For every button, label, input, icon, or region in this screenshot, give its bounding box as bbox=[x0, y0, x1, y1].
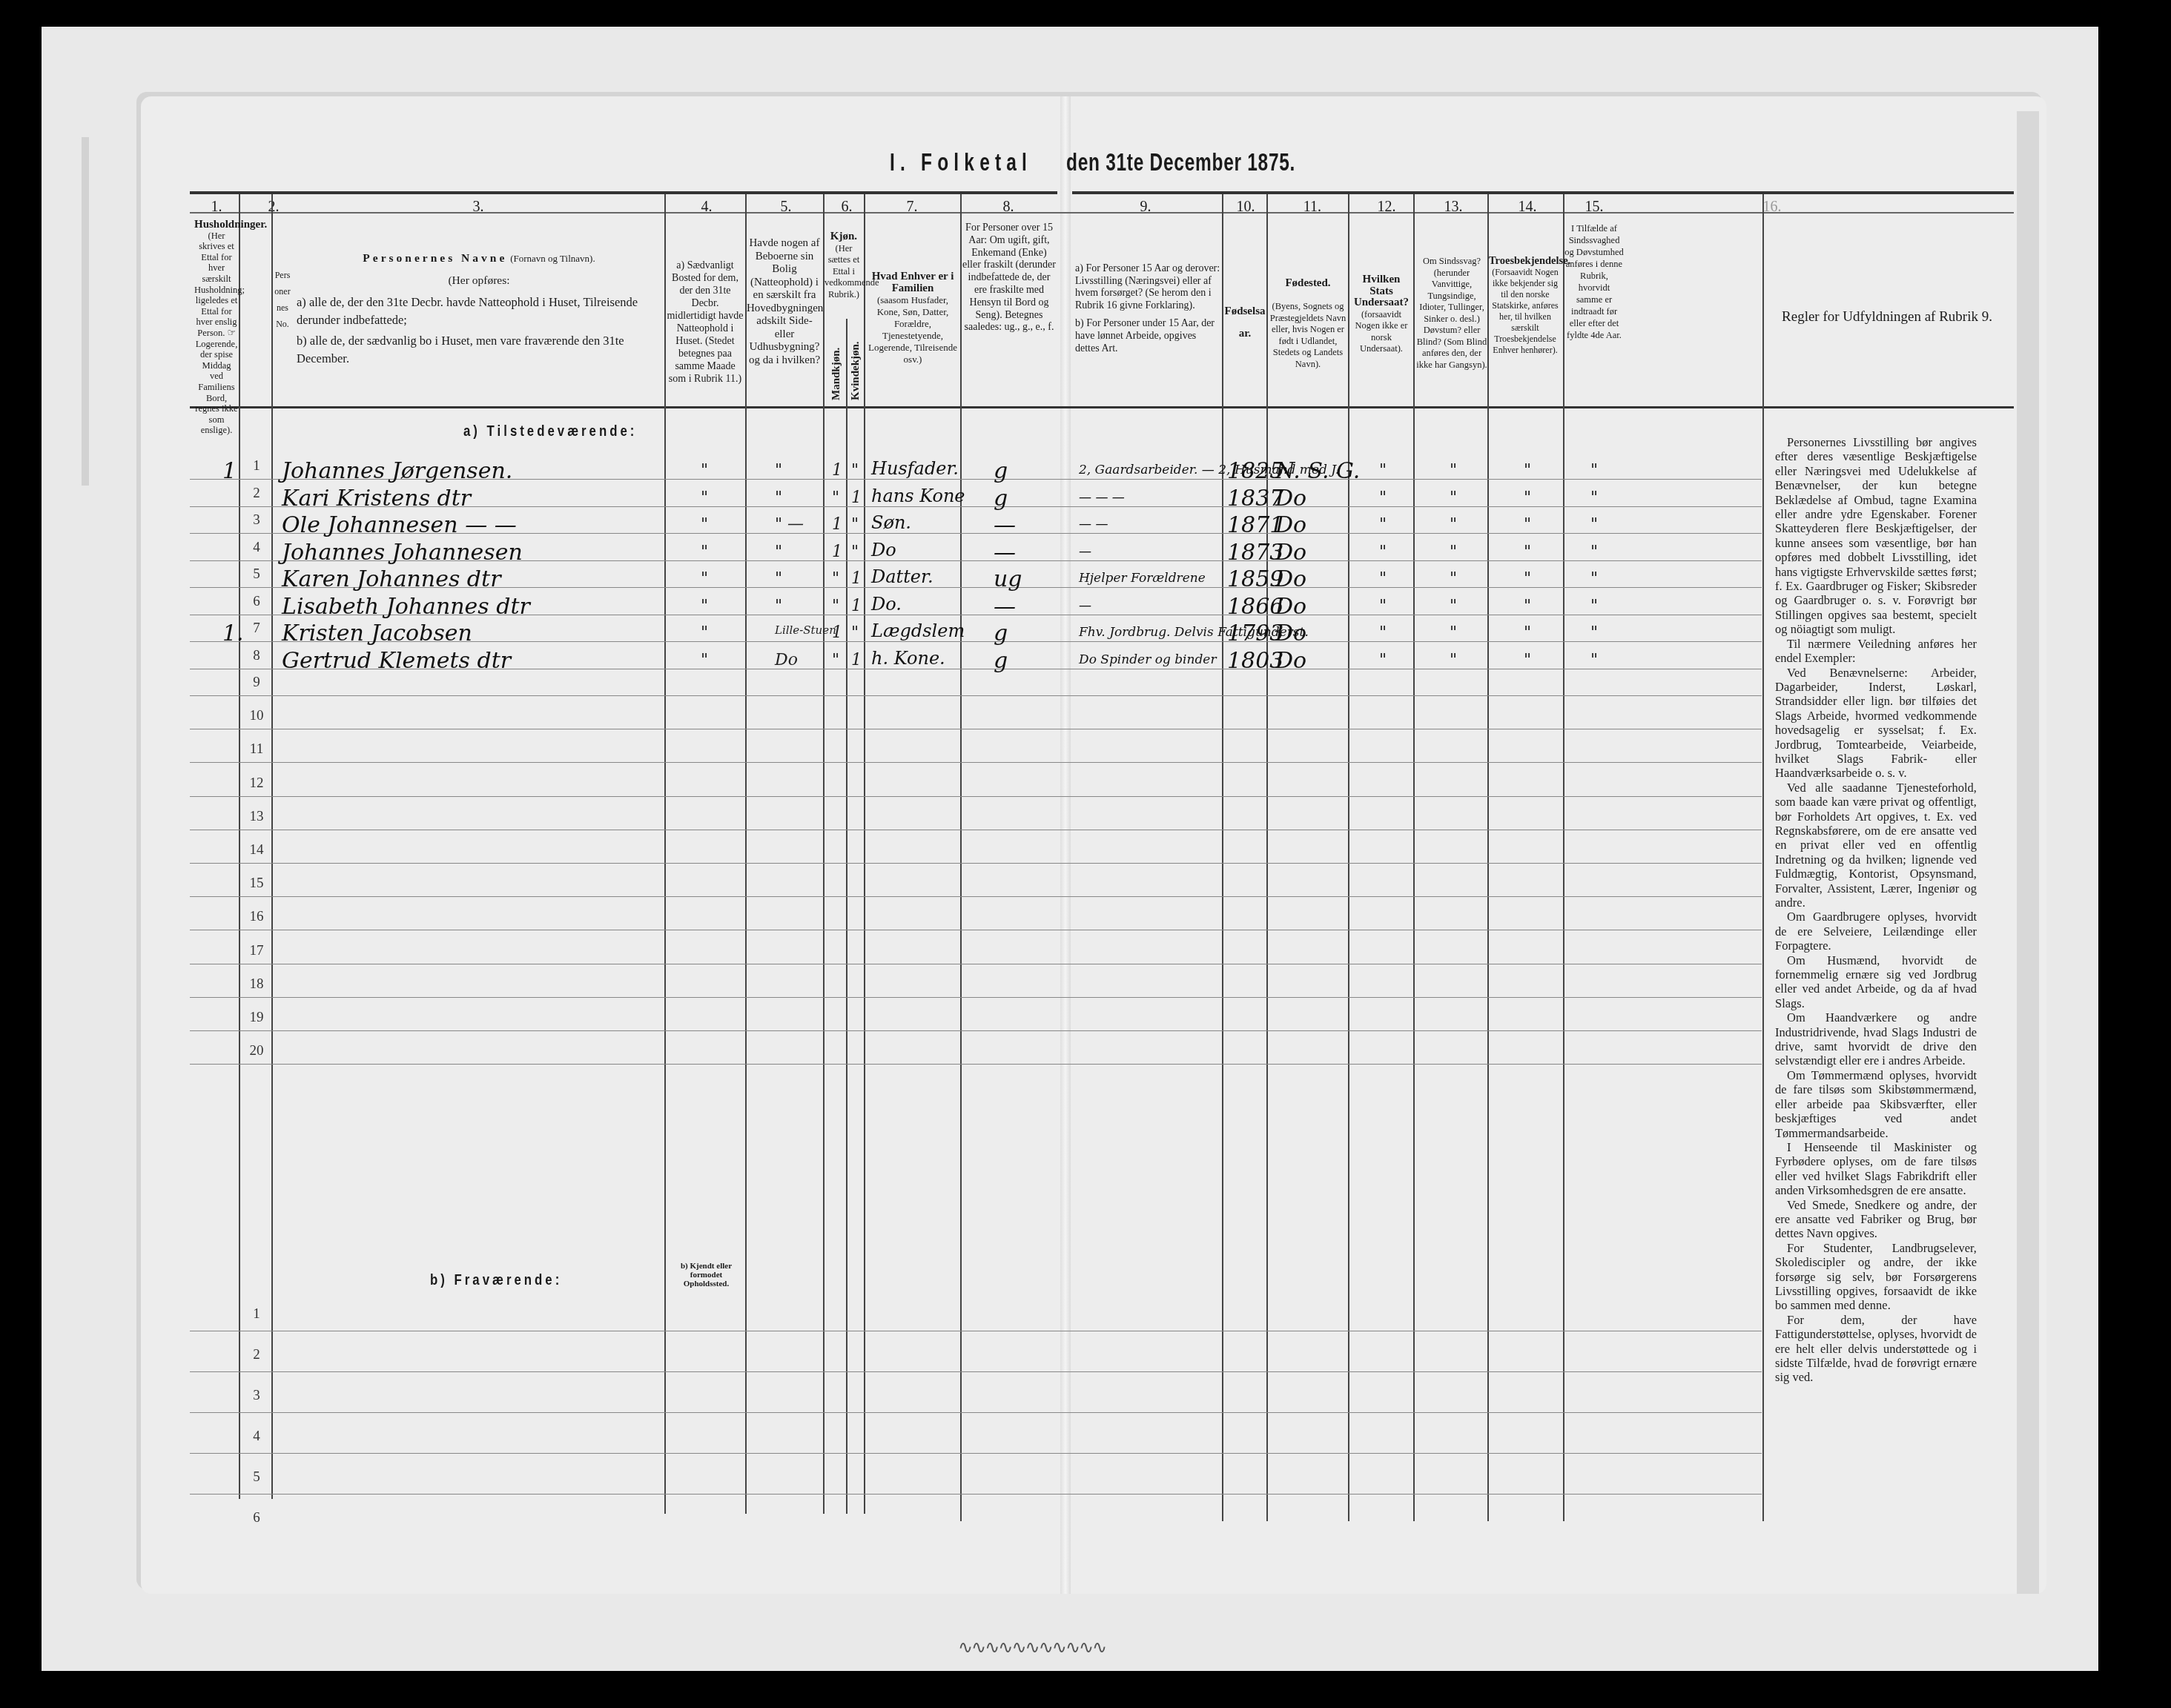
present-row-rule bbox=[190, 695, 1762, 696]
colnum-10: 10. bbox=[1223, 199, 1268, 216]
col12-value: " bbox=[1379, 489, 1387, 507]
family-role: Lægdslem bbox=[871, 620, 965, 641]
col15-value: " bbox=[1590, 623, 1598, 642]
col9-header-a: a) For Personer 15 Aar og derover: Livss… bbox=[1075, 263, 1220, 312]
col4-value: " bbox=[701, 597, 708, 615]
present-row-number: 2 bbox=[242, 486, 271, 502]
absent-row-number: 5 bbox=[242, 1469, 271, 1486]
female-mark: " bbox=[851, 543, 859, 561]
birthplace: Do bbox=[1275, 512, 1306, 538]
male-mark: " bbox=[832, 489, 839, 507]
present-row-number: 1 bbox=[242, 458, 271, 474]
vline-10 bbox=[1266, 194, 1268, 1521]
col13-value: " bbox=[1450, 543, 1457, 561]
rubrik16-paragraph: Om Tømmermænd oplyses, hvorvidt de fare … bbox=[1775, 1068, 1977, 1140]
female-mark: " bbox=[851, 623, 859, 642]
col12-header-title: Hvilken Stats Undersaat? bbox=[1354, 274, 1409, 308]
col4-value: " bbox=[701, 543, 708, 561]
col15-value: " bbox=[1590, 461, 1598, 480]
col15-value: " bbox=[1590, 651, 1598, 669]
family-role: Do. bbox=[871, 594, 902, 615]
occupation: — bbox=[1079, 544, 1091, 559]
person-name: Johannes Jørgensen. bbox=[282, 458, 512, 484]
male-mark: " bbox=[832, 651, 839, 669]
present-section-label: a) Tilstedeværende: bbox=[463, 423, 637, 440]
present-row-number: 12 bbox=[242, 775, 271, 792]
col4-value: " bbox=[701, 651, 708, 669]
birthplace: Do bbox=[1275, 594, 1306, 620]
occupation: Hjelper Forældrene bbox=[1079, 571, 1206, 586]
rubrik16-paragraph: For dem, der have Fattigunderstøttelse, … bbox=[1775, 1313, 1977, 1385]
present-row-number: 14 bbox=[242, 842, 271, 858]
absent-row-number: 4 bbox=[242, 1429, 271, 1445]
birthplace: Do bbox=[1275, 486, 1306, 512]
form-title-right: den 31te December 1875. bbox=[1066, 148, 1295, 177]
col14-value: " bbox=[1524, 543, 1531, 561]
occupation: Do Spinder og binder bbox=[1079, 652, 1217, 667]
col14-header: Om Sindssvag? (herunder Vanvittige, Tung… bbox=[1416, 256, 1487, 371]
absent-row-rule bbox=[190, 1331, 1762, 1331]
col3-header: Personernes Navne (Fornavn og Tilnavn). … bbox=[297, 252, 661, 368]
col12-value: " bbox=[1379, 461, 1387, 480]
vline-14 bbox=[1563, 194, 1564, 1521]
rubrik16-paragraph: Om Husmænd, hvorvidt de fornemmelig ernæ… bbox=[1775, 953, 1977, 1011]
header-bottom-rule bbox=[190, 406, 2014, 408]
col12-value: " bbox=[1379, 651, 1387, 669]
colnum-12: 12. bbox=[1357, 199, 1416, 216]
person-name: Gertrud Klemets dtr bbox=[282, 648, 511, 674]
col3-header-b: b) alle de, der sædvanlig bo i Huset, me… bbox=[297, 332, 661, 368]
vline-13 bbox=[1487, 194, 1489, 1521]
marital-status: — bbox=[994, 540, 1016, 566]
col3-header-a: a) alle de, der den 31te Decbr. havde Na… bbox=[297, 294, 661, 329]
col13-value: " bbox=[1450, 651, 1457, 669]
vline-2 bbox=[271, 194, 273, 1499]
present-row-rule bbox=[190, 863, 1762, 864]
top-rule-left bbox=[190, 191, 1057, 194]
birthplace: Do bbox=[1275, 648, 1306, 674]
present-row-number: 4 bbox=[242, 540, 271, 556]
col5-value: Do bbox=[775, 651, 798, 669]
col12-header: Hvilken Stats Undersaat? (forsaavidt Nog… bbox=[1349, 274, 1413, 355]
present-row-number: 6 bbox=[242, 594, 271, 610]
col13-value: " bbox=[1450, 461, 1457, 480]
colnum-5: 5. bbox=[749, 199, 823, 216]
marital-status: g bbox=[994, 486, 1008, 512]
colnum-3: 3. bbox=[285, 199, 671, 216]
marital-status: ug bbox=[994, 566, 1022, 592]
col5-value: Lille-Stuen bbox=[775, 623, 836, 637]
col8-header: For Personer over 15 Aar: Om ugift, gift… bbox=[962, 222, 1057, 334]
col4-value: " bbox=[701, 461, 708, 480]
marital-status: — bbox=[994, 512, 1016, 538]
col4-value: " bbox=[701, 569, 708, 588]
present-row-number: 16 bbox=[242, 909, 271, 925]
col6-header: Kjøn. (Her sættes et Ettal i vedkommende… bbox=[825, 231, 863, 300]
form-title-left: I. Folketal bbox=[890, 148, 1032, 177]
colnum-1: 1. bbox=[194, 199, 239, 216]
present-row-number: 10 bbox=[242, 708, 271, 724]
female-mark: 1 bbox=[851, 569, 862, 588]
col14-value: " bbox=[1524, 623, 1531, 642]
person-name: Ole Johannesen — — bbox=[282, 512, 517, 538]
page-fold bbox=[1060, 96, 1071, 1594]
female-mark: " bbox=[851, 461, 859, 480]
paper-edge-shadow bbox=[82, 137, 89, 486]
col5-value: " bbox=[775, 597, 782, 615]
vline-4 bbox=[745, 194, 747, 1514]
col14-value: " bbox=[1524, 569, 1531, 588]
col13-header-text: (Forsaavidt Nogen ikke bekjender sig til… bbox=[1492, 267, 1559, 355]
col12-value: " bbox=[1379, 623, 1387, 642]
absent-row-number: 1 bbox=[242, 1306, 271, 1323]
marital-status: — bbox=[994, 594, 1016, 620]
col13-value: " bbox=[1450, 515, 1457, 534]
col14-value: " bbox=[1524, 651, 1531, 669]
col15-value: " bbox=[1590, 543, 1598, 561]
col6-female-label: Kvindekjøn. bbox=[850, 330, 862, 400]
family-role: Søn. bbox=[871, 512, 911, 533]
person-name: Kari Kristens dtr bbox=[282, 486, 471, 512]
birthplace: Do bbox=[1275, 540, 1306, 566]
col12-value: " bbox=[1379, 569, 1387, 588]
colnum-7: 7. bbox=[864, 199, 960, 216]
col15-value: " bbox=[1590, 569, 1598, 588]
vline-5 bbox=[823, 194, 825, 1514]
col6-header-title: Kjøn. bbox=[830, 231, 857, 242]
col1-header-title: Husholdninger. bbox=[194, 219, 267, 231]
col12-header-text: (forsaavidt Nogen ikke er norsk Undersaa… bbox=[1355, 309, 1408, 354]
rubrik16-paragraph: Om Gaardbrugere oplyses, hvorvidt de ere… bbox=[1775, 910, 1977, 953]
absent-row-rule bbox=[190, 1412, 1762, 1413]
vline-9 bbox=[1222, 194, 1223, 1521]
rubrik16-paragraph: For Studenter, Landbrugselever, Skoledis… bbox=[1775, 1241, 1977, 1313]
rubrik16-paragraph: Ved Benævnelserne: Arbeider, Dagarbeider… bbox=[1775, 666, 1977, 781]
col11-header: Fødested. (Byens, Sognets og Præstegjeld… bbox=[1268, 278, 1348, 370]
absent-row-number: 3 bbox=[242, 1388, 271, 1404]
person-name: Kristen Jacobsen bbox=[282, 620, 472, 646]
col14-value: " bbox=[1524, 597, 1531, 615]
vline-6 bbox=[864, 194, 865, 1514]
col3-header-sub: (Fornavn og Tilnavn). bbox=[510, 253, 595, 264]
absent-row-rule bbox=[190, 1453, 1762, 1454]
family-role: Husfader. bbox=[871, 458, 959, 479]
absent-row-rule bbox=[190, 1494, 1762, 1494]
col2-header: Personernes No. bbox=[273, 267, 292, 332]
col13-value: " bbox=[1450, 597, 1457, 615]
person-name: Karen Johannes dtr bbox=[282, 566, 500, 592]
present-row-rule bbox=[190, 729, 1762, 729]
female-mark: 1 bbox=[851, 597, 862, 615]
col1-header: Husholdninger. (Her skrives et Ettal for… bbox=[194, 219, 239, 436]
colnum-8: 8. bbox=[960, 199, 1057, 216]
rubrik16-rules-text: Personernes Livsstilling bør angives eft… bbox=[1775, 435, 1977, 1385]
vline-15 bbox=[1762, 194, 1764, 1521]
col12-value: " bbox=[1379, 515, 1387, 534]
rubrik16-paragraph: Om Haandværkere og andre Industridrivend… bbox=[1775, 1010, 1977, 1068]
rubrik16-paragraph: Til nærmere Veiledning anføres her endel… bbox=[1775, 637, 1977, 666]
col9-header: a) For Personer 15 Aar og derover: Livss… bbox=[1075, 263, 1220, 355]
col13-value: " bbox=[1450, 569, 1457, 588]
col5-value: " bbox=[775, 489, 782, 507]
present-row-rule bbox=[190, 896, 1762, 897]
male-mark: " bbox=[832, 569, 839, 588]
col12-value: " bbox=[1379, 543, 1387, 561]
present-row-number: 8 bbox=[242, 648, 271, 664]
colnum-14: 14. bbox=[1490, 199, 1564, 216]
col3-header-title: Personernes Navne bbox=[363, 252, 507, 265]
rubrik16-paragraph: Ved alle saadanne Tjenesteforhold, som b… bbox=[1775, 781, 1977, 910]
rubrik16-paragraph: Personernes Livsstilling bør angives eft… bbox=[1775, 435, 1977, 637]
present-row-rule bbox=[190, 830, 1762, 830]
absent-section-label: b) Fraværende: bbox=[430, 1271, 562, 1289]
page-edge-band bbox=[2017, 111, 2039, 1594]
present-row-number: 9 bbox=[242, 675, 271, 691]
present-row-rule bbox=[190, 796, 1762, 797]
household-mark: 1. bbox=[222, 620, 244, 646]
present-row-number: 7 bbox=[242, 620, 271, 637]
male-mark: 1 bbox=[832, 623, 842, 642]
col13-value: " bbox=[1450, 489, 1457, 507]
present-row-number: 3 bbox=[242, 512, 271, 529]
col9-header-b: b) For Personer under 15 Aar, der have l… bbox=[1075, 318, 1220, 355]
female-mark: " bbox=[851, 515, 859, 534]
colnum-11: 11. bbox=[1268, 199, 1357, 216]
colnum-16: 16. bbox=[1631, 199, 1913, 216]
col13-header-title: Troesbekjendelse. bbox=[1489, 255, 1570, 267]
colnum-9: 9. bbox=[1068, 199, 1223, 216]
male-mark: 1 bbox=[832, 515, 842, 534]
marital-status: g bbox=[994, 458, 1008, 484]
marital-status: g bbox=[994, 648, 1008, 674]
occupation: — bbox=[1079, 598, 1091, 613]
absent-row-number: 6 bbox=[242, 1510, 271, 1526]
present-row-rule bbox=[190, 964, 1762, 964]
col11-header-text: (Byens, Sognets og Præstegjeldets Navn e… bbox=[1270, 301, 1346, 369]
present-row-rule bbox=[190, 762, 1762, 763]
col6-male-label: Mandkjøn. bbox=[830, 330, 843, 400]
col7-header-text: (saasom Husfader, Kone, Søn, Datter, For… bbox=[868, 294, 957, 365]
col5-header: Havde nogen af Beboerne sin Bolig (Natte… bbox=[747, 237, 822, 367]
male-mark: 1 bbox=[832, 543, 842, 561]
col15-value: " bbox=[1590, 597, 1598, 615]
col4-value: " bbox=[701, 623, 708, 642]
col5-value: " — bbox=[775, 515, 804, 534]
col5-value: " bbox=[775, 461, 782, 480]
present-row-rule bbox=[190, 1030, 1762, 1031]
col1-header-text: (Her skrives et Ettal for hver særskilt … bbox=[194, 231, 245, 436]
col4-header: a) Sædvanligt Bosted for dem, der den 31… bbox=[666, 259, 744, 385]
vline-7 bbox=[960, 194, 962, 1521]
col11-header-title: Fødested. bbox=[1285, 277, 1330, 289]
family-role: hans Kone bbox=[871, 486, 965, 506]
col10-header: Fødselsaar. bbox=[1223, 300, 1266, 345]
vline-12 bbox=[1413, 194, 1415, 1521]
col15-value: " bbox=[1590, 515, 1598, 534]
family-role: Datter. bbox=[871, 566, 934, 587]
present-row-number: 11 bbox=[242, 741, 271, 758]
marital-status: g bbox=[994, 620, 1008, 646]
female-mark: 1 bbox=[851, 489, 862, 507]
present-row-number: 13 bbox=[242, 809, 271, 825]
absent-row-rule bbox=[190, 1371, 1762, 1372]
colnum-15: 15. bbox=[1564, 199, 1624, 216]
birthplace: Do bbox=[1275, 566, 1306, 592]
present-row-rule bbox=[190, 1064, 1762, 1065]
col5-value: " bbox=[775, 569, 782, 588]
male-mark: 1 bbox=[832, 461, 842, 480]
occupation: — — bbox=[1079, 517, 1108, 532]
col7-header: Hvad Enhver er i Familien (saasom Husfad… bbox=[866, 271, 959, 365]
birthplace: Do bbox=[1275, 620, 1306, 646]
present-row-number: 18 bbox=[242, 976, 271, 993]
col13-value: " bbox=[1450, 623, 1457, 642]
col14-value: " bbox=[1524, 515, 1531, 534]
present-row-rule bbox=[190, 930, 1762, 930]
female-mark: 1 bbox=[851, 651, 862, 669]
footer-scribble: ∿∿∿∿∿∿∿∿∿∿∿ bbox=[958, 1637, 1106, 1658]
present-row-number: 15 bbox=[242, 875, 271, 892]
household-mark: 1 bbox=[222, 458, 237, 484]
top-rule-right bbox=[1072, 191, 2014, 194]
absent-col4-label: b) Kjendt eller formodet Opholdssted. bbox=[667, 1262, 745, 1288]
col15-header: I Tilfælde af Sindssvaghed og Døvstumhed… bbox=[1564, 222, 1624, 341]
vline-6a bbox=[846, 319, 847, 1514]
person-name: Johannes Johannesen bbox=[282, 540, 523, 566]
rubrik16-paragraph: Ved Smede, Snedkere og andre, der ere an… bbox=[1775, 1198, 1977, 1241]
colnum-2: 2. bbox=[265, 199, 282, 216]
present-row-number: 19 bbox=[242, 1010, 271, 1026]
rubrik16-paragraph: I Henseende til Maskinister og Fyrbødere… bbox=[1775, 1140, 1977, 1198]
vline-3 bbox=[664, 194, 666, 1514]
col4-value: " bbox=[701, 489, 708, 507]
col15-value: " bbox=[1590, 489, 1598, 507]
colnum-6: 6. bbox=[825, 199, 869, 216]
present-row-number: 5 bbox=[242, 566, 271, 583]
col16-header: Regler for Udfyldningen af Rubrik 9. bbox=[1765, 302, 2009, 332]
vline-1 bbox=[239, 194, 240, 1499]
absent-row-number: 2 bbox=[242, 1347, 271, 1363]
present-row-number: 17 bbox=[242, 943, 271, 959]
present-row-rule bbox=[190, 997, 1762, 998]
present-row-number: 20 bbox=[242, 1043, 271, 1059]
col14-value: " bbox=[1524, 489, 1531, 507]
col5-value: " bbox=[775, 543, 782, 561]
col7-header-title: Hvad Enhver er i Familien bbox=[872, 271, 954, 294]
col14-value: " bbox=[1524, 461, 1531, 480]
family-role: Do bbox=[871, 540, 896, 560]
colnum-13: 13. bbox=[1416, 199, 1490, 216]
col12-value: " bbox=[1379, 597, 1387, 615]
person-name: Lisabeth Johannes dtr bbox=[282, 594, 530, 620]
family-role: h. Kone. bbox=[871, 648, 945, 669]
col3-header-intro: (Her opføres: bbox=[297, 274, 661, 288]
birthplace: N. S. G. bbox=[1275, 458, 1360, 484]
male-mark: " bbox=[832, 597, 839, 615]
occupation: — — — bbox=[1079, 490, 1125, 505]
colnum-4: 4. bbox=[666, 199, 747, 216]
vline-11 bbox=[1348, 194, 1349, 1521]
col13-header: Troesbekjendelse. (Forsaavidt Nogen ikke… bbox=[1489, 256, 1562, 356]
col4-value: " bbox=[701, 515, 708, 534]
